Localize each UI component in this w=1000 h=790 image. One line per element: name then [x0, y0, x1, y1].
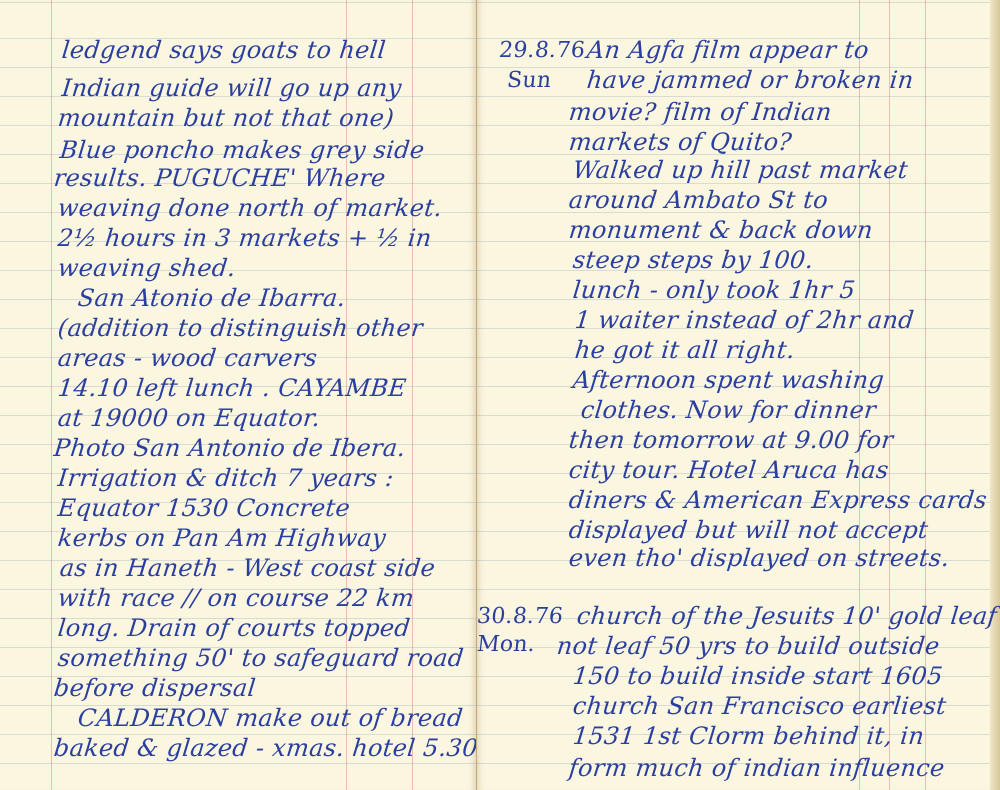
entry-date: 29.8.76 — [497, 40, 585, 62]
diary-line: even tho' displayed on streets. — [567, 546, 950, 570]
page-edge — [990, 0, 1000, 790]
diary-line: weaving shed. — [57, 256, 237, 280]
left-page: ledgend says goats to hell Indian guide … — [0, 0, 477, 790]
diary-line: San Atonio de Ibarra. — [77, 286, 347, 310]
margin-rule — [51, 0, 52, 790]
diary-line: city tour. Hotel Aruca has — [567, 458, 889, 482]
diary-line: then tomorrow at 9.00 for — [567, 428, 894, 452]
entry-day: Mon. — [477, 634, 536, 656]
diary-line: Photo San Antonio de Ibera. — [53, 436, 407, 460]
diary-line: with race // on course 22 km — [57, 586, 416, 610]
diary-line: areas - wood carvers — [57, 346, 319, 370]
diary-line: 2½ hours in 3 markets + ½ in — [57, 226, 433, 250]
diary-line: clothes. Now for dinner — [579, 398, 877, 422]
diary-line: markets of Quito? — [567, 130, 792, 154]
diary-line: (addition to distinguish other — [57, 316, 424, 340]
diary-line: 1 waiter instead of 2hr and — [573, 308, 915, 332]
diary-line: not leaf 50 yrs to build outside — [555, 634, 940, 658]
diary-line: lunch - only took 1hr 5 — [571, 278, 856, 302]
diary-line: diners & American Express cards — [567, 488, 987, 512]
diary-line: displayed but will not accept — [567, 518, 929, 542]
entry-day: Sun — [505, 70, 552, 92]
diary-line: movie? film of Indian — [567, 100, 832, 124]
diary-line: kerbs on Pan Am Highway — [57, 526, 388, 550]
diary-line: baked & glazed - xmas. hotel 5.30 — [53, 736, 477, 760]
diary-line: long. Drain of courts topped — [57, 616, 412, 640]
diary-line: Equator 1530 Concrete — [57, 496, 352, 520]
diary-line: as in Haneth - West coast side — [59, 556, 437, 580]
diary-line: Irrigation & ditch 7 years : — [57, 466, 395, 490]
diary-line: An Agfa film appear to — [585, 38, 869, 62]
diary-line: church of the Jesuits 10' gold leaf — [575, 604, 997, 628]
diary-line: he got it all right. — [573, 338, 795, 362]
diary-line: Blue poncho makes grey side — [59, 138, 426, 162]
diary-line: Afternoon spent washing — [571, 368, 885, 392]
diary-line: something 50' to safeguard road — [57, 646, 465, 670]
diary-line: results. PUGUCHE' Where — [53, 166, 387, 190]
diary-line: Indian guide will go up any — [61, 76, 403, 100]
diary-line: have jammed or broken in — [585, 68, 914, 92]
diary-line: 14.10 left lunch . CAYAMBE — [57, 376, 408, 400]
diary-line: CALDERON make out of bread — [77, 706, 464, 730]
notebook-spread: ledgend says goats to hell Indian guide … — [0, 0, 1000, 790]
diary-line: form much of indian influence — [567, 756, 945, 780]
diary-line: at 19000 on Equator. — [57, 406, 322, 430]
diary-line: before dispersal — [53, 676, 257, 700]
diary-line: weaving done north of market. — [57, 196, 444, 220]
entry-date: 30.8.76 — [477, 606, 564, 628]
diary-line: mountain but not that one) — [57, 106, 396, 130]
right-page: 29.8.76 Sun An Agfa film appear to have … — [477, 0, 1000, 790]
diary-line: steep steps by 100. — [571, 248, 814, 272]
diary-line: around Ambato St to — [567, 188, 829, 212]
diary-line: monument & back down — [567, 218, 873, 242]
diary-line: 150 to build inside start 1605 — [571, 664, 943, 688]
diary-line: ledgend says goats to hell — [61, 38, 387, 62]
diary-line: church San Francisco earliest — [571, 694, 947, 718]
diary-line: Walked up hill past market — [571, 158, 908, 182]
diary-line: 1531 1st Clorm behind it, in — [571, 724, 925, 748]
